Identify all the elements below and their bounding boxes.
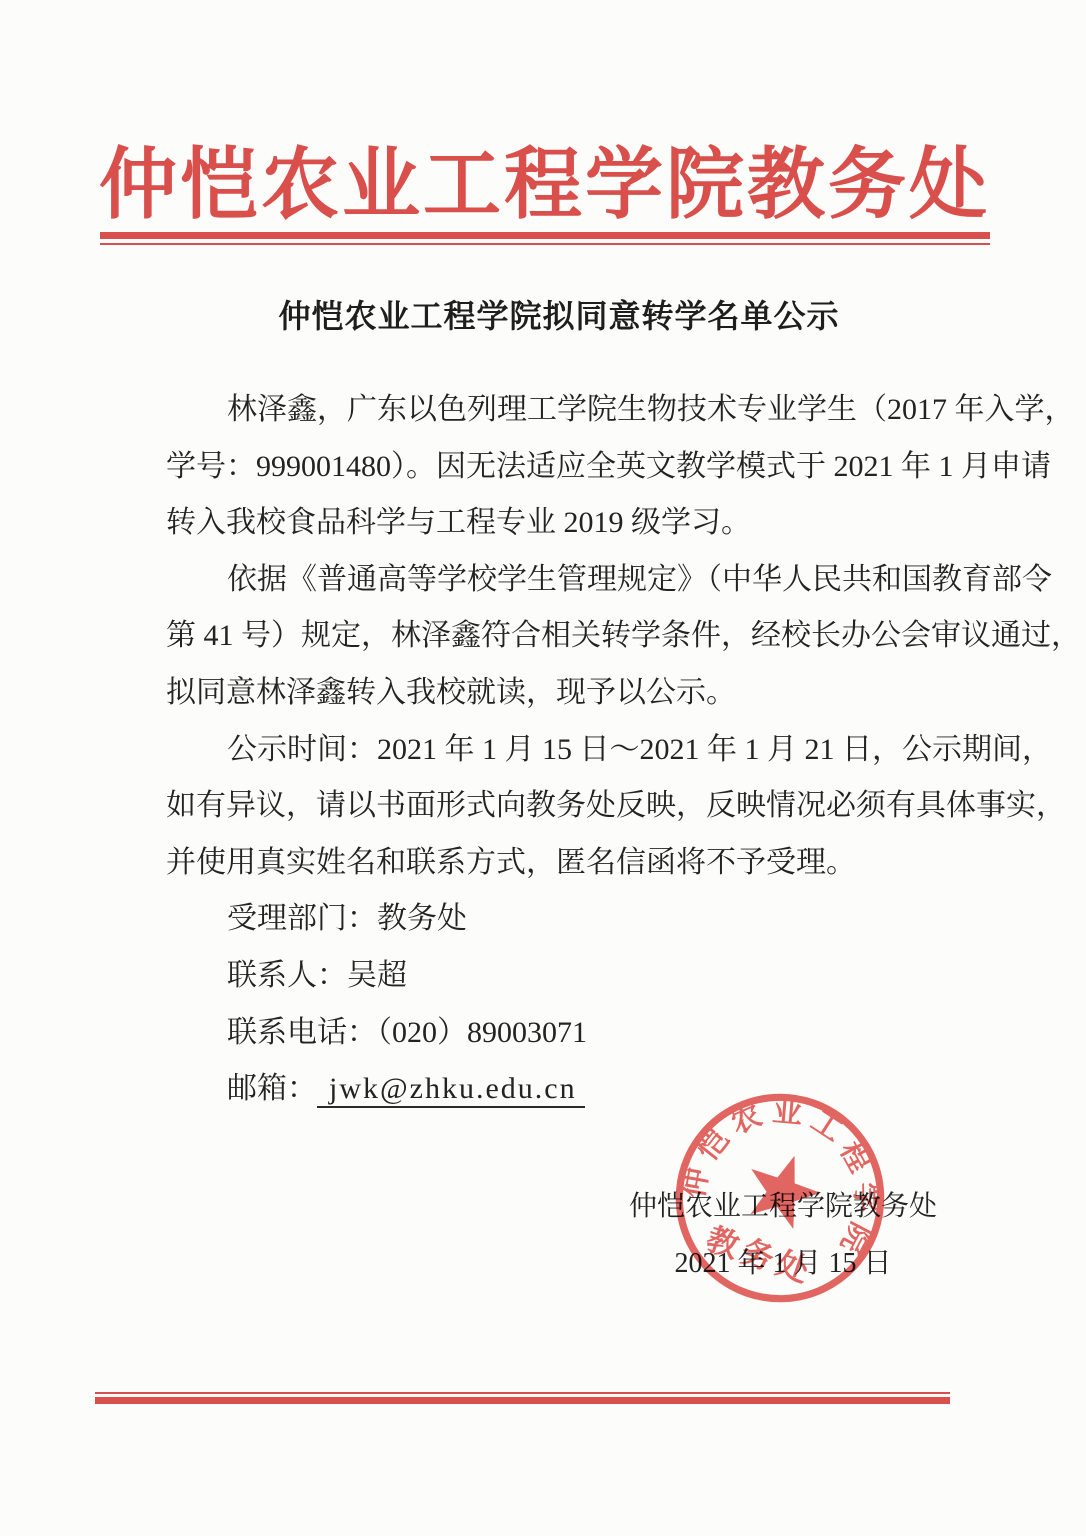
document-body: 林泽鑫，广东以色列理工学院生物技术专业学生（2017 年入学，学号：999001… <box>166 382 956 1118</box>
header-rule-thin <box>100 243 990 245</box>
body-line: 公示时间：2021 年 1 月 15 日～2021 年 1 月 21 日，公示期… <box>166 722 956 779</box>
body-line: 依据《普通高等学校学生管理规定》（中华人民共和国教育部令 <box>166 552 956 609</box>
body-line: 学号：999001480）。因无法适应全英文教学模式于 2021 年 1 月申请 <box>166 439 956 496</box>
footer-rule-thick <box>95 1397 950 1404</box>
body-line: 并使用真实姓名和联系方式，匿名信函将不予受理。 <box>166 835 956 892</box>
body-line: 联系人：吴超 <box>166 948 956 1005</box>
body-line: 转入我校食品科学与工程专业 2019 级学习。 <box>166 495 956 552</box>
seal-star-icon <box>739 1146 827 1232</box>
body-line: 联系电话：（020）89003071 <box>166 1005 956 1062</box>
letterhead: 仲恺农业工程学院教务处 <box>99 138 990 230</box>
document-title: 仲恺农业工程学院拟同意转学名单公示 <box>16 294 1086 338</box>
official-seal-stamp: 仲恺农业工程学院 教务处 <box>667 1085 893 1311</box>
seal-group: 仲恺农业工程学院 教务处 <box>667 1085 893 1311</box>
body-line: 林泽鑫，广东以色列理工学院生物技术专业学生（2017 年入学， <box>166 382 956 439</box>
footer-rule-thin <box>95 1392 950 1394</box>
body-line: 拟同意林泽鑫转入我校就读，现予以公示。 <box>166 665 956 722</box>
body-line: 受理部门：教务处 <box>166 891 956 948</box>
body-line: 如有异议，请以书面形式向教务处反映，反映情况必须有具体事实， <box>166 778 956 835</box>
body-line: 第 41 号）规定，林泽鑫符合相关转学条件，经校长办公会审议通过， <box>166 608 956 665</box>
document-page: 仲恺农业工程学院教务处 仲恺农业工程学院拟同意转学名单公示 林泽鑫，广东以色列理… <box>0 0 1086 1536</box>
header-rule-thick <box>100 232 990 239</box>
email-address: jwk@zhku.edu.cn <box>317 1072 585 1108</box>
